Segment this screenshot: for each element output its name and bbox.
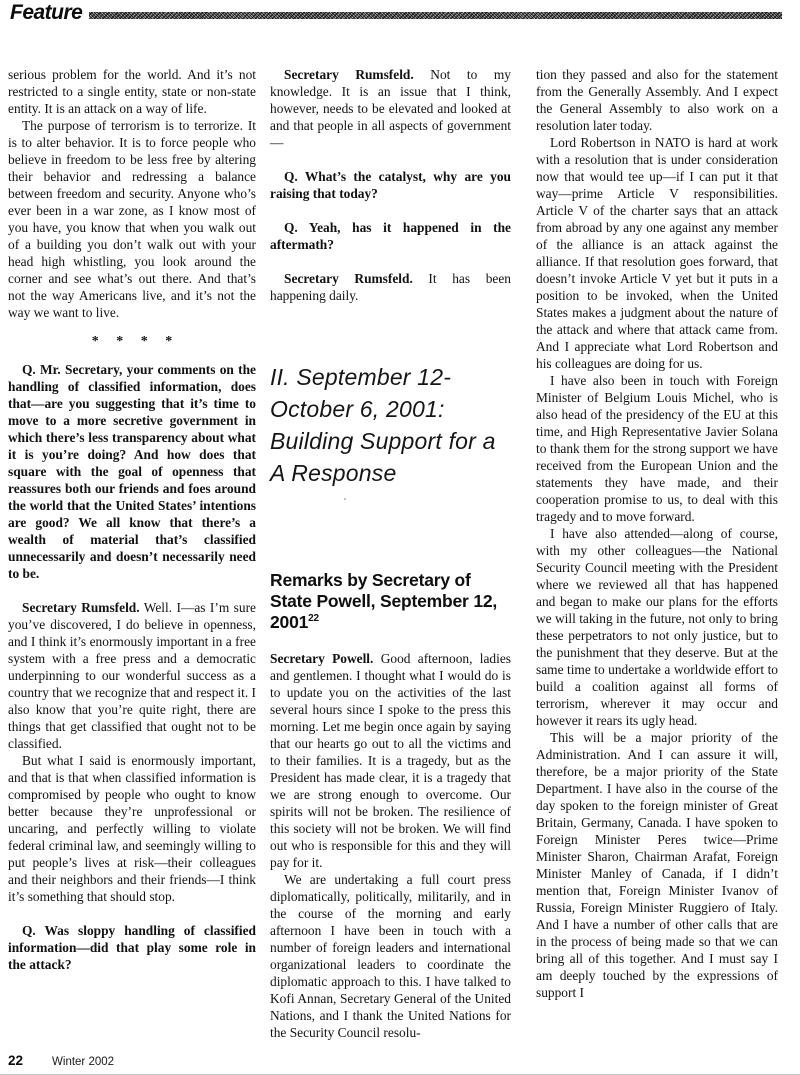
issue-label: Winter 2002 [52,1056,114,1068]
paragraph: I have also been in touch with Foreign M… [536,372,778,525]
section-heading-line: II. September 12- [270,361,511,393]
question-paragraph: Q. Mr. Secretary, your comments on the h… [8,361,256,582]
section-heading-line: A Response [270,457,511,489]
paragraph: I have also attended—along of course, wi… [536,525,778,729]
section-heading: II. September 12- October 6, 2001: Build… [270,361,511,489]
paragraph: Lord Robertson in NATO is hard at work w… [536,134,778,372]
subsection-heading-text: Remarks by Secretary of State Powell, Se… [270,570,497,632]
paragraph: This will be a major priority of the Adm… [536,729,778,1001]
question-paragraph: Q. Was sloppy handling of classified inf… [8,922,256,973]
speech-text: Good afternoon, ladies and gentlemen. I … [270,651,511,870]
column-middle: Secretary Rumsfeld. Not to my knowledge.… [270,66,511,1041]
section-heading-line: Building Support for a [270,425,511,457]
page: { "header": { "title": "Feature" }, "foo… [0,0,800,1075]
paragraph: serious problem for the world. And it’s … [8,66,256,117]
column-right: tion they passed and also for the statem… [536,66,778,1001]
question-paragraph: Q. Yeah, has it happened in the aftermat… [270,219,511,253]
paragraph: tion they passed and also for the statem… [536,66,778,134]
section-banner: Feature [10,1,82,25]
section-break-stars: * * * * [8,333,256,350]
answer-paragraph: Secretary Rumsfeld. It has been happenin… [270,270,511,304]
answer-paragraph: Secretary Rumsfeld. Well. I—as I’m sure … [8,599,256,752]
page-footer: 22 Winter 2002 [8,1053,114,1068]
paragraph: The purpose of terrorism is to terrorize… [8,117,256,321]
subsection-heading: Remarks by Secretary of State Powell, Se… [270,570,511,633]
stray-mark [344,498,346,500]
footnote-ref: 22 [308,613,319,624]
column-left: serious problem for the world. And it’s … [8,66,256,973]
question-paragraph: Q. What’s the catalyst, why are you rais… [270,168,511,202]
answer-paragraph: Secretary Powell. Good afternoon, ladies… [270,650,511,871]
speech-text: Well. I—as I’m sure you’ve discovered, I… [8,600,256,751]
speaker-name: Secretary Rumsfeld. [284,271,413,286]
answer-paragraph: Secretary Rumsfeld. Not to my knowledge.… [270,66,511,151]
speaker-name: Secretary Rumsfeld. [22,600,140,615]
page-number: 22 [8,1053,23,1068]
speaker-name: Secretary Powell. [270,651,373,666]
paragraph: We are undertaking a full court press di… [270,871,511,1041]
section-heading-line: October 6, 2001: [270,393,511,425]
paragraph: But what I said is enormously important,… [8,752,256,905]
banner-rule [89,12,782,19]
speaker-name: Secretary Rumsfeld. [284,67,414,82]
